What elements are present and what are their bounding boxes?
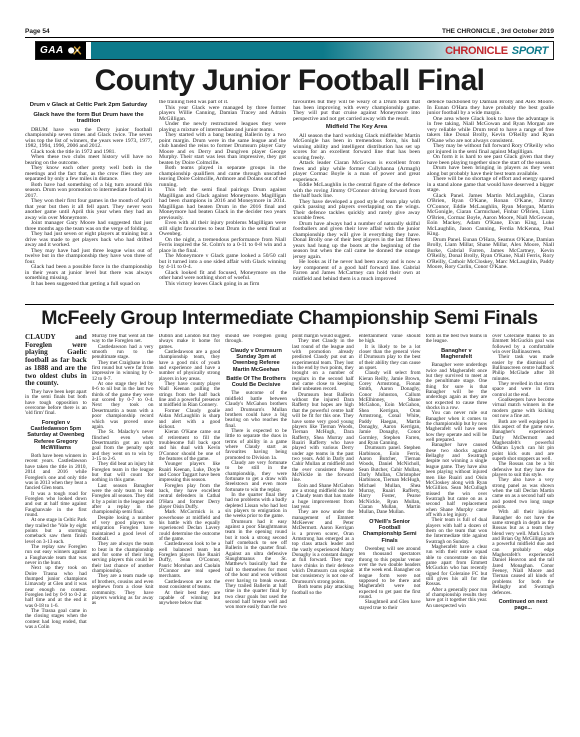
page-header: Page 54 THE CHRONICLE , 3rd October 2019 bbox=[25, 28, 554, 38]
text-column: CLAUDY and Foreglen were playing Gaelic … bbox=[25, 334, 87, 694]
paragraph: After a generally poor run of championsh… bbox=[426, 588, 488, 609]
paragraph: All season the hard working Glack midfie… bbox=[293, 134, 420, 162]
section-divider bbox=[25, 304, 554, 305]
newspaper-page: Page 54 THE CHRONICLE , 3rd October 2019… bbox=[0, 0, 580, 737]
subheading: Banagher v Magherafelt bbox=[427, 348, 487, 361]
paragraph: He looks as if he never had been away an… bbox=[293, 260, 420, 282]
paragraph: They are always the team to beat in the … bbox=[92, 542, 154, 574]
subheading: O'Neill's Senior Football Championship S… bbox=[360, 519, 420, 544]
paragraph: They met Craigbane in the first round bu… bbox=[92, 361, 154, 382]
paragraph: At their best they are capable of winnin… bbox=[159, 591, 221, 607]
subheading: Glack have the form But Drum have the tr… bbox=[28, 112, 149, 125]
paragraph: Drum Panel. Eunan O'Hara, Seamus O'Kane,… bbox=[427, 238, 554, 271]
paragraph: They did beat an injury hit Foreglen tea… bbox=[92, 462, 154, 483]
sport-wordmark: SPORT bbox=[512, 45, 548, 57]
paragraph: They started with a bang beating Balleri… bbox=[159, 133, 286, 166]
text-column: Murray free that went all the way to the… bbox=[92, 334, 154, 694]
paragraph: They have developed a good style of team… bbox=[293, 200, 420, 222]
paragraph: Foreglen play from the back, they have e… bbox=[159, 484, 221, 511]
subheading: Midfield The Key Area bbox=[296, 124, 417, 131]
paragraph: defence backboned by Damian Brolly and A… bbox=[427, 100, 554, 117]
paragraph: Castledawson are a good championship tea… bbox=[159, 350, 221, 382]
text-column: Dublin and London but they always make i… bbox=[159, 334, 221, 694]
masthead-date: THE CHRONICLE , 3rd October 2019 bbox=[442, 28, 554, 35]
paragraph: Drumsurn beat Ballerin without the injur… bbox=[292, 393, 354, 484]
paragraph: Kieran O'Kane came out of retirement to … bbox=[159, 430, 221, 462]
text-column: point margin would suggest.They met Clau… bbox=[292, 334, 354, 694]
paragraph: It was a tough road for Foreglen who loo… bbox=[25, 492, 87, 519]
paragraph: Slaughtneil and Glen have stayed true to… bbox=[359, 600, 421, 611]
paragraph: Goalkeepers have become virtual match wi… bbox=[492, 398, 554, 419]
lead-paragraph: CLAUDY and Foreglen were playing Gaelic … bbox=[25, 334, 87, 388]
paragraph: DRUM have won the Derry junior football … bbox=[25, 128, 152, 150]
text-column: form as the best two teams in the league… bbox=[426, 334, 488, 694]
paragraph: The Moneymore v Glack game looked a 50/5… bbox=[159, 254, 286, 271]
paragraph: In the quarter final they had no problem… bbox=[225, 493, 287, 520]
paragraph: At one stage they led by 0-6 to nil but … bbox=[92, 382, 154, 430]
gaa-logo: GAA bbox=[36, 42, 86, 59]
paragraph: There will be no shortage of effort and … bbox=[427, 177, 554, 194]
paragraph: There is expected to be little to separa… bbox=[225, 429, 287, 461]
paragraph: Castledawson had a very smooth run to th… bbox=[92, 345, 154, 361]
subheading: Foreglen v Castledawson 5pm Saturday at … bbox=[26, 420, 86, 451]
paragraph: They are a team made up of brothers, cou… bbox=[92, 574, 154, 606]
paragraph: Drumsurn panel. Stephen Harbinson, Eoin … bbox=[359, 446, 421, 515]
paragraph: This year Glack were managed by three fo… bbox=[159, 106, 286, 123]
paragraph: Both teams played in separate groups in … bbox=[159, 166, 286, 188]
paragraph: Their team is full of dual players with … bbox=[426, 518, 488, 545]
paragraph: over Coleraine thanks to an Emmett McGuc… bbox=[492, 334, 554, 355]
article1-headline: County Junior Football Final bbox=[25, 65, 554, 97]
paragraph: Banagher were underdogs twice and Magher… bbox=[426, 363, 488, 411]
paragraph: Former Claudy goalie Aidan McLaughlin is… bbox=[159, 409, 221, 430]
paragraph: Drum have always had a number of natural… bbox=[293, 222, 420, 261]
paragraph: Both are well equipped in this aspect of… bbox=[492, 420, 554, 463]
paragraph: Both have been winners in recent years. … bbox=[25, 454, 87, 491]
paragraph: Dublin and London but they always make i… bbox=[159, 334, 221, 350]
paragraph: Eddie McLaughlin is the central figure o… bbox=[293, 183, 420, 200]
text-column: should see Foreglen going through.Claudy… bbox=[225, 334, 287, 694]
gaa-label: GAA bbox=[40, 45, 64, 56]
paragraph: Glack Panel. James Martin McLaughlin, Ci… bbox=[427, 194, 554, 238]
paragraph: One area where Glack look to have the ad… bbox=[427, 117, 554, 145]
paragraph: Both have had something of a big turn ar… bbox=[25, 183, 152, 200]
paragraph: Castledawson look to be a well balanced … bbox=[159, 542, 221, 579]
subheading: Continued on next page... bbox=[493, 599, 553, 612]
paragraph: Castledawson are not the most consistent… bbox=[159, 580, 221, 591]
paragraph: The St. Malachy's never flinched even wh… bbox=[92, 430, 154, 462]
paragraph: They may have had just three league wins… bbox=[25, 249, 152, 266]
paragraph: form as the best two teams in the league… bbox=[426, 334, 488, 345]
paragraph: Owenbeg will see around ten thousand spe… bbox=[359, 547, 421, 600]
paragraph: should see Foreglen going through. bbox=[225, 334, 287, 345]
paragraph: Claudy will select from Kieran Reilly, J… bbox=[359, 371, 421, 446]
paragraph: Even with all their injury problems Magi… bbox=[159, 221, 286, 238]
paragraph: On the night, a tremendous performance f… bbox=[159, 238, 286, 255]
paragraph: The Rossas can be a bit defensive but th… bbox=[492, 462, 554, 478]
paragraph: This left the semi final pairings Drum a… bbox=[159, 188, 286, 221]
article2-headline: McFeely Group Intermediate Championship … bbox=[25, 308, 554, 329]
text-column: the training field was part of it.This y… bbox=[159, 100, 286, 300]
chronicle-sport-banner: GAA CHRONICLE SPORT bbox=[35, 41, 554, 60]
paragraph: They know each other pretty well both in… bbox=[25, 166, 152, 183]
paragraph: Drumsurn had it easy against a poor Slau… bbox=[225, 520, 287, 611]
paragraph: The Trasna goal came in the closing stag… bbox=[25, 609, 87, 630]
paragraph: Both teams play attacking football so th… bbox=[292, 585, 354, 596]
paragraph: They have been kept apart in the semi fi… bbox=[25, 390, 87, 417]
paragraph: Claudy are very fortunate to be still in… bbox=[225, 461, 287, 493]
text-column: over Coleraine thanks to an Emmett McGuc… bbox=[492, 334, 554, 694]
paragraph: Their task was made easier by the dismis… bbox=[492, 355, 554, 382]
paragraph: Banagher have caused these two shocks ag… bbox=[426, 443, 488, 518]
subheading: Battle Of The Brothers Could Be Decisive bbox=[226, 376, 286, 389]
paragraph: This victory leaves Glack going in as fi… bbox=[159, 282, 286, 288]
paragraph: Attack leader Ciaran McGowan is excellen… bbox=[293, 161, 420, 183]
paragraph: Younger players like Ruairi Keenan, Luke… bbox=[159, 462, 221, 483]
paragraph: You can never rule out Banagher when it … bbox=[426, 411, 488, 443]
paragraph: They won their first four games in the m… bbox=[25, 199, 152, 221]
chronicle-wordmark: CHRONICLE bbox=[445, 45, 508, 57]
subheading: Drum v Glack at Celtic Park 2pm Saturday bbox=[28, 102, 149, 109]
text-column: entertainment value should be high.It is… bbox=[359, 334, 421, 694]
paragraph: favourites but they will be weary of a D… bbox=[293, 100, 420, 122]
paragraph: With all their injuries Banagher do not … bbox=[492, 510, 554, 596]
paragraph: Glack looked fit and focused, Moneymore … bbox=[159, 271, 286, 282]
paragraph: The outcome of the midfield battle betwe… bbox=[225, 391, 287, 428]
paragraph: They met Claudy in the last round of the… bbox=[292, 339, 354, 392]
paragraph: Eoin and Shane McGahon are a strong midf… bbox=[292, 484, 354, 511]
page-number: Page 54 bbox=[25, 28, 50, 35]
paragraph: Magherafelt have a clear run with their … bbox=[426, 545, 488, 588]
banner-divider bbox=[86, 42, 93, 59]
paragraph: Glack had been a possible force in the c… bbox=[25, 265, 152, 282]
paragraph: They are now under the management of Emm… bbox=[292, 510, 354, 585]
paragraph: It is likely to be a lot closer than the… bbox=[359, 345, 421, 372]
paragraph: At one stage in Celtic Park they trailed… bbox=[25, 518, 87, 545]
text-column: Drum v Glack at Celtic Park 2pm Saturday… bbox=[25, 100, 152, 300]
article1-columns: Drum v Glack at Celtic Park 2pm Saturday… bbox=[25, 100, 554, 300]
paragraph: Despite losing a number of very good pla… bbox=[92, 516, 154, 543]
gaa-crest-icon bbox=[67, 44, 82, 57]
text-column: favourites but they will be weary of a D… bbox=[293, 100, 420, 300]
paragraph: Last season Banagher were the only team … bbox=[92, 484, 154, 516]
paragraph: They had just seven or eight players at … bbox=[25, 232, 152, 249]
paragraph: They also have a very strong panel as wa… bbox=[492, 478, 554, 510]
subheading: Claudy v Drumsurn Sunday 3pm at Owenbeg … bbox=[226, 348, 286, 373]
paragraph: They have county player Niall Keenan pul… bbox=[159, 382, 221, 409]
paragraph: The replay saw Foreglen run out easy win… bbox=[25, 545, 87, 566]
text-column: defence backboned by Damian Brolly and A… bbox=[427, 100, 554, 300]
banner-gradient: CHRONICLE SPORT bbox=[93, 42, 553, 59]
paragraph: Next up they took on Doire Trasna who ha… bbox=[25, 566, 87, 609]
paragraph: They revelled in that extra space and we… bbox=[492, 382, 554, 398]
paragraph: It has been suggested that getting a ful… bbox=[25, 282, 152, 288]
article2-columns: CLAUDY and Foreglen were playing Gaelic … bbox=[25, 334, 554, 694]
paragraph: Mark McCormick is a powerhouse at midfie… bbox=[159, 510, 221, 542]
